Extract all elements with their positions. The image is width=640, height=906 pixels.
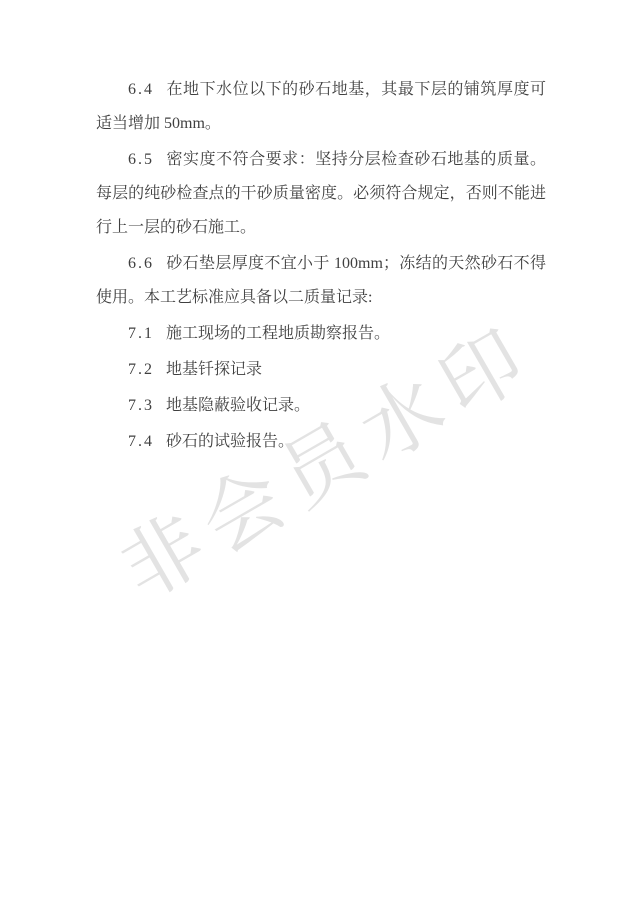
clause-number: 7.1: [128, 325, 154, 342]
clause-number: 7.2: [128, 361, 154, 378]
paragraph-6-5: 6.5密实度不符合要求：坚持分层检查砂石地基的质量。每层的纯砂检查点的干砂质量密…: [96, 143, 546, 245]
paragraph-6-4: 6.4在地下水位以下的砂石地基，其最下层的铺筑厚度可适当增加 50mm。: [96, 73, 546, 141]
clause-number: 6.6: [128, 255, 154, 272]
clause-text: 砂石垫层厚度不宜小于 100mm；冻结的天然砂石不得使用。本工艺标准应具备以二质…: [96, 255, 546, 306]
clause-number: 7.4: [128, 433, 154, 450]
record-item-7-4: 7.4砂石的试验报告。: [96, 425, 546, 459]
clause-number: 6.4: [128, 81, 154, 98]
clause-number: 6.5: [128, 151, 154, 168]
clause-number: 7.3: [128, 397, 154, 414]
record-item-7-1: 7.1施工现场的工程地质勘察报告。: [96, 317, 546, 351]
record-item-7-2: 7.2地基钎探记录: [96, 353, 546, 387]
document-page: 非会员水印 6.4在地下水位以下的砂石地基，其最下层的铺筑厚度可适当增加 50m…: [0, 0, 640, 906]
paragraph-6-6: 6.6砂石垫层厚度不宜小于 100mm；冻结的天然砂石不得使用。本工艺标准应具备…: [96, 247, 546, 315]
clause-text: 密实度不符合要求：坚持分层检查砂石地基的质量。每层的纯砂检查点的干砂质量密度。必…: [96, 151, 546, 236]
clause-text: 施工现场的工程地质勘察报告。: [166, 325, 390, 342]
clause-text: 砂石的试验报告。: [166, 433, 294, 450]
clause-text: 地基隐蔽验收记录。: [166, 397, 310, 414]
record-item-7-3: 7.3地基隐蔽验收记录。: [96, 389, 546, 423]
clause-text: 地基钎探记录: [166, 361, 262, 378]
clause-text: 在地下水位以下的砂石地基，其最下层的铺筑厚度可适当增加 50mm。: [96, 81, 546, 132]
document-content: 6.4在地下水位以下的砂石地基，其最下层的铺筑厚度可适当增加 50mm。 6.5…: [96, 73, 546, 461]
